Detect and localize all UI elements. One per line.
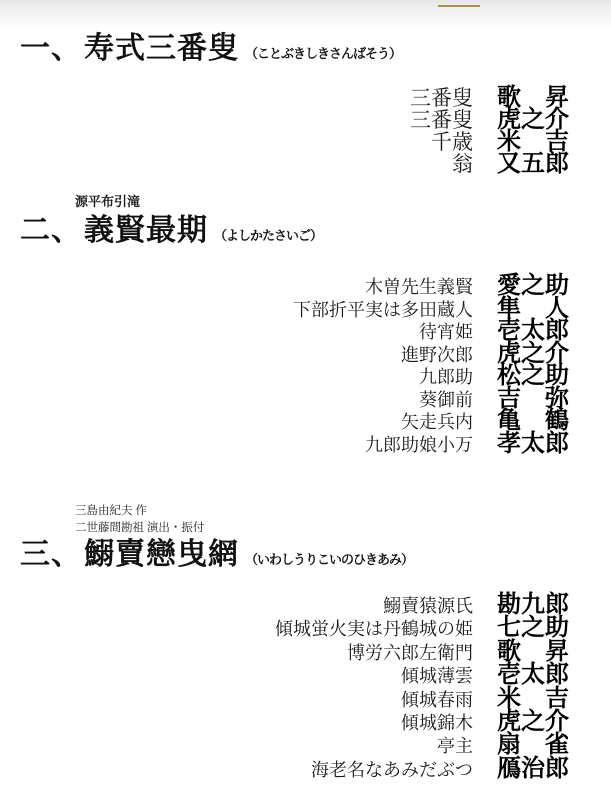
cast-role: 亭主 xyxy=(20,732,473,758)
cast-actor: 又五郎 xyxy=(497,143,572,178)
cast-role: 傾城薄雲 xyxy=(20,662,473,688)
cast-row: 木曽先生義賢愛之助 xyxy=(20,265,572,288)
cast-role: 傾城蛍火実は丹鶴城の姫 xyxy=(20,615,473,641)
cast-row: 鰯賣猿源氏勘九郎 xyxy=(20,584,572,607)
cast-role: 海老名なあみだぶつ xyxy=(20,756,473,782)
cast-actor: 孝太郎 xyxy=(497,423,572,458)
play-title: 義賢最期 xyxy=(84,214,208,248)
cast-role: 翁 xyxy=(20,148,473,178)
cast-role: 傾城錦木 xyxy=(20,709,473,735)
play-title: 鰯賣戀曳網 xyxy=(84,538,239,572)
cast-list: 鰯賣猿源氏勘九郎傾城蛍火実は丹鶴城の姫七之助博労六郎左衛門歌 昇傾城薄雲壱太郎傾… xyxy=(20,584,572,771)
cast-role: 鰯賣猿源氏 xyxy=(20,592,473,618)
play-number: 二、 xyxy=(20,214,82,248)
play-credit: 三島由紀夫 作 xyxy=(75,503,572,520)
program-page: 一、 寿式三番叟 （ことぶきしきさんばそう） 三番叟歌 昇三番叟虎之介千歳米 吉… xyxy=(0,0,611,791)
play-title-line: 三、 鰯賣戀曳網 （いわしうりこいのひきあみ） xyxy=(20,538,572,572)
play-title-line: 一、 寿式三番叟 （ことぶきしきさんばそう） xyxy=(20,32,572,66)
play-reading: （よしかたさいご） xyxy=(214,219,322,253)
cast-role: 傾城春雨 xyxy=(20,686,473,712)
play-reading: （ことぶきしきさんばそう） xyxy=(245,37,401,71)
play-reading: （いわしうりこいのひきあみ） xyxy=(245,543,413,577)
cast-row: 三番叟歌 昇 xyxy=(20,77,572,99)
play-number: 三、 xyxy=(20,538,82,572)
top-accent-line xyxy=(438,5,480,7)
cast-role: 九郎助娘小万 xyxy=(20,431,473,457)
play-section: 一、 寿式三番叟 （ことぶきしきさんばそう） 三番叟歌 昇三番叟虎之介千歳米 吉… xyxy=(20,32,572,165)
play-supertitle: 源平布引滝 xyxy=(75,194,572,210)
play-number: 一、 xyxy=(20,32,82,66)
play-title-line: 二、 義賢最期 （よしかたさいご） xyxy=(20,214,572,248)
cast-list: 木曽先生義賢愛之助下部折平実は多田蔵人隼 人待宵姫壱太郎進野次郎虎之介九郎助松之… xyxy=(20,265,572,445)
play-section: 源平布引滝 二、 義賢最期 （よしかたさいご） 木曽先生義賢愛之助下部折平実は多… xyxy=(20,194,572,445)
play-title: 寿式三番叟 xyxy=(84,32,239,66)
cast-role: 博労六郎左衛門 xyxy=(20,639,473,665)
cast-list: 三番叟歌 昇三番叟虎之介千歳米 吉翁又五郎 xyxy=(20,77,572,165)
play-credits: 三島由紀夫 作二世藤間勘祖 演出・振付 xyxy=(75,503,572,536)
play-credit: 二世藤間勘祖 演出・振付 xyxy=(75,520,572,537)
play-section: 三島由紀夫 作二世藤間勘祖 演出・振付 三、 鰯賣戀曳網 （いわしうりこいのひき… xyxy=(20,503,572,771)
cast-actor: 鴈治郎 xyxy=(497,748,572,783)
